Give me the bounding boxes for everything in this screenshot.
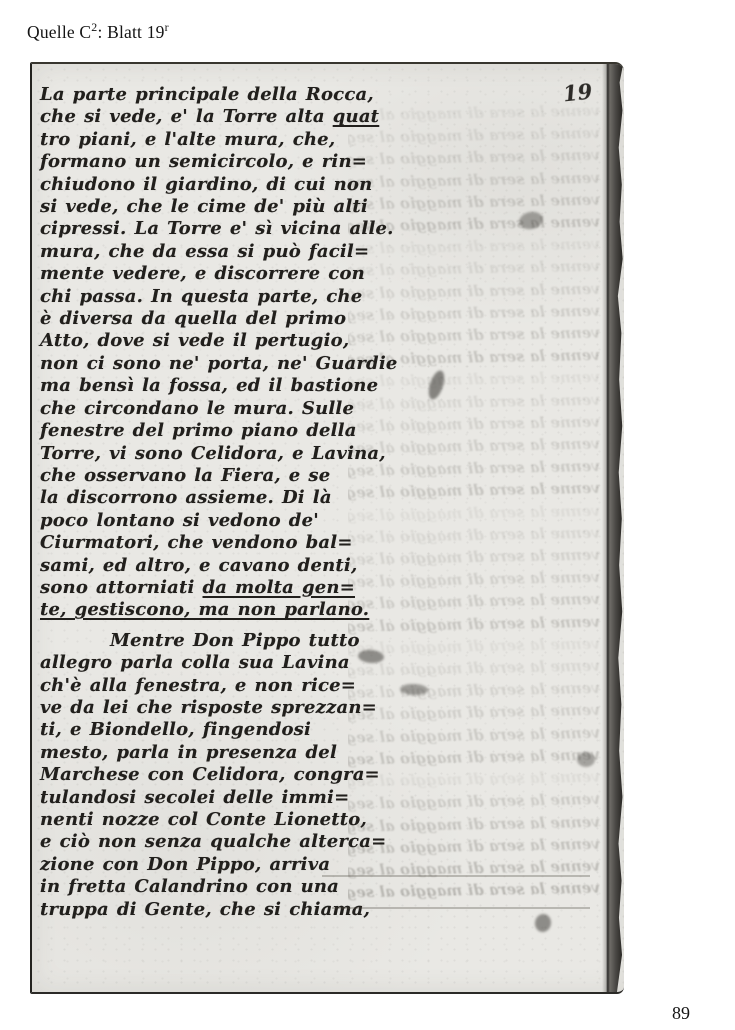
manuscript-line-text: ma bensì la fossa, ed il bastione xyxy=(40,375,378,396)
manuscript-line: sono attorniati da molta gen= xyxy=(40,577,396,599)
manuscript-line-text: si vede, che le cime de' più alti xyxy=(40,196,368,217)
manuscript-line: in fretta Calandrino con una xyxy=(40,876,396,898)
manuscript-line: ve da lei che risposte sprezzan= xyxy=(40,697,396,719)
manuscript-line-text: allegro parla colla sua Lavina xyxy=(40,652,350,673)
manuscript-line-text: zione con Don Pippo, arriva xyxy=(40,854,330,875)
manuscript-line: nenti nozze col Conte Lionetto, xyxy=(40,809,396,831)
manuscript-line: fenestre del primo piano della xyxy=(40,420,396,442)
manuscript-line: ch'è alla fenestra, e non rice= xyxy=(40,675,396,697)
manuscript-line: Mentre Don Pippo tutto xyxy=(40,630,396,652)
manuscript-line-text: che osservano la Fiera, e se xyxy=(40,465,330,486)
manuscript-line: ma bensì la fossa, ed il bastione xyxy=(40,375,396,397)
manuscript-line-text: fenestre del primo piano della xyxy=(40,420,357,441)
book-page: { "caption": { "source_label": "Quelle C… xyxy=(0,0,735,1030)
manuscript-line-text: mente vedere, e discorrere con xyxy=(40,263,365,284)
manuscript-line: Atto, dove si vede il pertugio, xyxy=(40,330,396,352)
folio-number: 19 xyxy=(562,79,594,107)
manuscript-line-text: mura, che da essa si può facil= xyxy=(40,241,369,262)
page-number: 89 xyxy=(672,1003,690,1024)
manuscript-line: e ciò non senza qualche alterca= xyxy=(40,831,396,853)
manuscript-line-text: formano un semicircolo, e rin= xyxy=(40,151,367,172)
manuscript-line: formano un semicircolo, e rin= xyxy=(40,151,396,173)
manuscript-line: Ciurmatori, che vendono bal= xyxy=(40,532,396,554)
manuscript-line-text: Torre, vi sono Celidora, e Lavina, xyxy=(40,443,386,464)
manuscript-line: tro piani, e l'alte mura, che, xyxy=(40,129,396,151)
faint-rule-mark xyxy=(332,907,590,909)
manuscript-line-underlined-text: te, gestiscono, ma non parlano. xyxy=(40,599,369,620)
manuscript-scan: venne la sera di maggio al segno e mezzo… xyxy=(30,62,624,994)
figure-caption: Quelle C2: Blatt 19r xyxy=(27,22,169,43)
manuscript-line-text: ve da lei che risposte sprezzan= xyxy=(40,697,377,718)
caption-separator: : xyxy=(97,22,107,42)
manuscript-line-text: nenti nozze col Conte Lionetto, xyxy=(40,809,367,830)
manuscript-line: che osservano la Fiera, e se xyxy=(40,465,396,487)
manuscript-line-text: tro piani, e l'alte mura, che, xyxy=(40,129,335,150)
manuscript-line: allegro parla colla sua Lavina xyxy=(40,652,396,674)
caption-source-label: Quelle C xyxy=(27,22,91,42)
manuscript-line-text: sono attorniati xyxy=(40,577,203,598)
manuscript-line: Marchese con Celidora, congra= xyxy=(40,764,396,786)
manuscript-line: sami, ed altro, e cavano denti, xyxy=(40,555,396,577)
manuscript-line-text: mesto, parla in presenza del xyxy=(40,742,337,763)
manuscript-line: che si vede, e' la Torre alta quat xyxy=(40,106,396,128)
manuscript-line: La parte principale della Rocca, xyxy=(40,84,396,106)
faint-rule-mark xyxy=(322,875,590,877)
manuscript-line: chiudono il giardino, di cui non xyxy=(40,174,396,196)
manuscript-line-text: Atto, dove si vede il pertugio, xyxy=(40,330,349,351)
manuscript-line: mesto, parla in presenza del xyxy=(40,742,396,764)
manuscript-line-underlined-text: da molta gen= xyxy=(203,577,355,598)
manuscript-line: poco lontano si vedono de' xyxy=(40,510,396,532)
manuscript-line: è diversa da quella del primo xyxy=(40,308,396,330)
manuscript-line-text: chi passa. In questa parte, che xyxy=(40,286,362,307)
caption-folio-label: Blatt 19 xyxy=(107,22,165,42)
manuscript-line: te, gestiscono, ma non parlano. xyxy=(40,599,396,621)
manuscript-line-text: cipressi. La Torre e' sì vicina alle. xyxy=(40,218,394,239)
caption-folio-superscript: r xyxy=(165,20,169,34)
manuscript-line: zione con Don Pippo, arriva xyxy=(40,854,396,876)
manuscript-line-text: sami, ed altro, e cavano denti, xyxy=(40,555,357,576)
manuscript-line: la discorrono assieme. Di là xyxy=(40,487,396,509)
manuscript-line: truppa di Gente, che si chiama, xyxy=(40,899,396,921)
manuscript-line: cipressi. La Torre e' sì vicina alle. xyxy=(40,218,396,240)
manuscript-line-text: ch'è alla fenestra, e non rice= xyxy=(40,675,356,696)
manuscript-line-text: truppa di Gente, che si chiama, xyxy=(40,899,370,920)
manuscript-line: si vede, che le cime de' più alti xyxy=(40,196,396,218)
manuscript-line: non ci sono ne' porta, ne' Guardie xyxy=(40,353,396,375)
manuscript-line-text: che circondano le mura. Sulle xyxy=(40,398,354,419)
manuscript-line-text: ti, e Biondello, fingendosi xyxy=(40,719,311,740)
manuscript-line: Torre, vi sono Celidora, e Lavina, xyxy=(40,443,396,465)
manuscript-line: mente vedere, e discorrere con xyxy=(40,263,396,285)
manuscript-line-text: La parte principale della Rocca, xyxy=(40,84,374,105)
manuscript-line: tulandosi secolei delle immi= xyxy=(40,787,396,809)
manuscript-line-text: e ciò non senza qualche alterca= xyxy=(40,831,386,852)
ink-stain xyxy=(577,752,595,767)
manuscript-line-text: non ci sono ne' porta, ne' Guardie xyxy=(40,353,398,374)
page-torn-edge xyxy=(602,64,624,992)
manuscript-line-text: tulandosi secolei delle immi= xyxy=(40,787,349,808)
manuscript-line-text: poco lontano si vedono de' xyxy=(40,510,319,531)
manuscript-line-text: in fretta Calandrino con una xyxy=(40,876,339,897)
manuscript-line-text: che si vede, e' la Torre alta xyxy=(40,106,333,127)
manuscript-line: mura, che da essa si può facil= xyxy=(40,241,396,263)
manuscript-line-text: Ciurmatori, che vendono bal= xyxy=(40,532,353,553)
manuscript-line-text: la discorrono assieme. Di là xyxy=(40,487,332,508)
manuscript-line: che circondano le mura. Sulle xyxy=(40,398,396,420)
manuscript-line: ti, e Biondello, fingendosi xyxy=(40,719,396,741)
manuscript-line-text: chiudono il giardino, di cui non xyxy=(40,174,372,195)
manuscript-line-underlined-text: quat xyxy=(333,106,379,127)
manuscript-line: chi passa. In questa parte, che xyxy=(40,286,396,308)
manuscript-line-text: Mentre Don Pippo tutto xyxy=(110,630,360,651)
manuscript-line-text: Marchese con Celidora, congra= xyxy=(40,764,380,785)
manuscript-text-column: La parte principale della Rocca,che si v… xyxy=(40,84,396,921)
manuscript-line-text: è diversa da quella del primo xyxy=(40,308,346,329)
